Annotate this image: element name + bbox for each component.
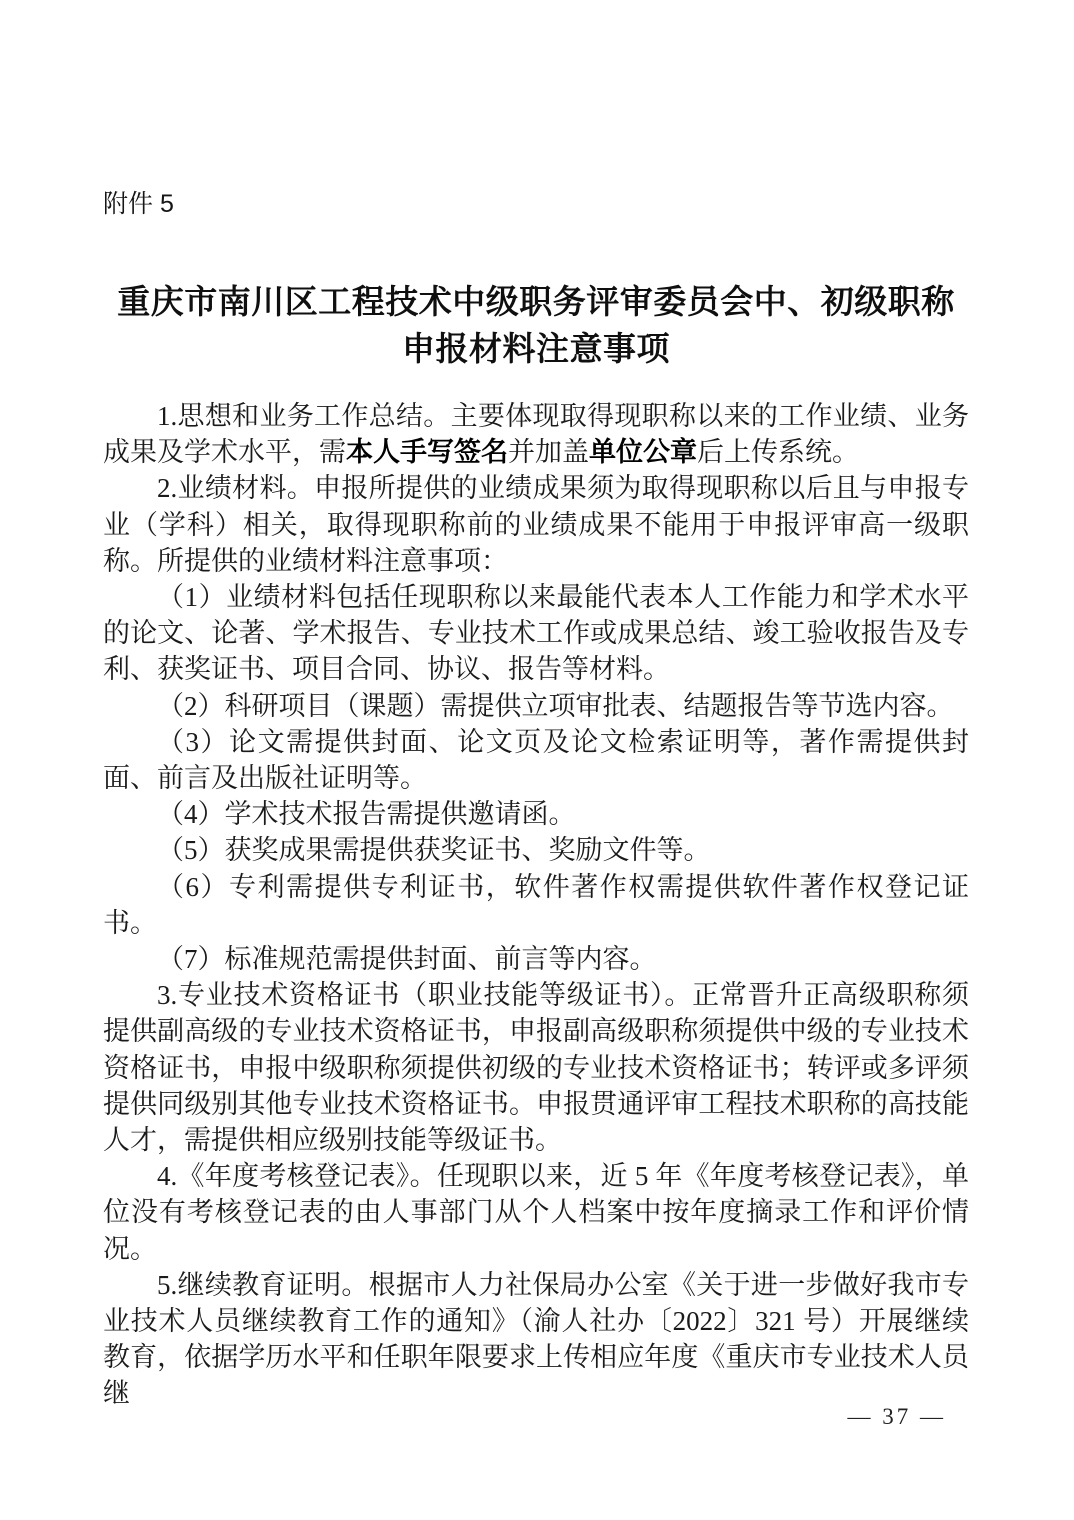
- text-segment: （6）专利需提供专利证书，软件著作权需提供软件著作权登记证书。: [103, 872, 969, 938]
- text-segment: 5.继续教育证明。根据市人力社保局办公室《关于进一步做好我市专业技术人员继续教育…: [103, 1270, 969, 1409]
- document-page: 附件 5 重庆市南川区工程技术中级职务评审委员会中、初级职称 申报材料注意事项 …: [0, 0, 1074, 1520]
- text-segment: 后上传系统。: [697, 437, 859, 467]
- paragraph: （2）科研项目（课题）需提供立项审批表、结题报告等节选内容。: [103, 688, 969, 724]
- paragraph: 1.思想和业务工作总结。主要体现取得现职称以来的工作业绩、业务成果及学术水平，需…: [103, 398, 969, 470]
- paragraph: （5）获奖成果需提供获奖证书、奖励文件等。: [103, 832, 969, 868]
- paragraph: （4）学术技术报告需提供邀请函。: [103, 796, 969, 832]
- text-segment: 2.业绩材料。申报所提供的业绩成果须为取得现职称以后且与申报专业（学科）相关，取…: [103, 473, 969, 575]
- emphasized-text-segment: 单位公章: [589, 437, 697, 467]
- paragraph: 5.继续教育证明。根据市人力社保局办公室《关于进一步做好我市专业技术人员继续教育…: [103, 1267, 969, 1412]
- text-segment: （2）科研项目（课题）需提供立项审批表、结题报告等节选内容。: [157, 691, 954, 721]
- text-segment: 并加盖: [508, 437, 589, 467]
- paragraph: （6）专利需提供专利证书，软件著作权需提供软件著作权登记证书。: [103, 869, 969, 941]
- document-title: 重庆市南川区工程技术中级职务评审委员会中、初级职称 申报材料注意事项: [103, 280, 969, 374]
- attachment-label: 附件 5: [103, 0, 969, 220]
- paragraph: 2.业绩材料。申报所提供的业绩成果须为取得现职称以后且与申报专业（学科）相关，取…: [103, 470, 969, 579]
- text-segment: （1）业绩材料包括任现职称以来最能代表本人工作能力和学术水平的论文、论著、学术报…: [103, 582, 969, 684]
- emphasized-text-segment: 本人手写签名: [346, 437, 508, 467]
- document-title-line-1: 重庆市南川区工程技术中级职务评审委员会中、初级职称: [103, 280, 969, 327]
- paragraph: （1）业绩材料包括任现职称以来最能代表本人工作能力和学术水平的论文、论著、学术报…: [103, 579, 969, 688]
- text-segment: （7）标准规范需提供封面、前言等内容。: [157, 944, 657, 974]
- paragraph: （7）标准规范需提供封面、前言等内容。: [103, 941, 969, 977]
- text-segment: 4.《年度考核登记表》。任现职以来，近 5 年《年度考核登记表》，单位没有考核登…: [103, 1161, 969, 1263]
- document-body: 1.思想和业务工作总结。主要体现取得现职称以来的工作业绩、业务成果及学术水平，需…: [103, 398, 969, 1412]
- text-segment: （4）学术技术报告需提供邀请函。: [157, 799, 576, 829]
- paragraph: （3）论文需提供封面、论文页及论文检索证明等，著作需提供封面、前言及出版社证明等…: [103, 724, 969, 796]
- paragraph: 4.《年度考核登记表》。任现职以来，近 5 年《年度考核登记表》，单位没有考核登…: [103, 1158, 969, 1267]
- text-segment: （3）论文需提供封面、论文页及论文检索证明等，著作需提供封面、前言及出版社证明等…: [103, 727, 969, 793]
- page-number: — 37 —: [848, 1404, 947, 1430]
- text-segment: 3.专业技术资格证书（职业技能等级证书）。正常晋升正高级职称须提供副高级的专业技…: [103, 980, 969, 1155]
- document-title-line-2: 申报材料注意事项: [103, 327, 969, 374]
- paragraph: 3.专业技术资格证书（职业技能等级证书）。正常晋升正高级职称须提供副高级的专业技…: [103, 977, 969, 1158]
- document-content: 附件 5 重庆市南川区工程技术中级职务评审委员会中、初级职称 申报材料注意事项 …: [103, 0, 969, 1412]
- text-segment: （5）获奖成果需提供获奖证书、奖励文件等。: [157, 835, 711, 865]
